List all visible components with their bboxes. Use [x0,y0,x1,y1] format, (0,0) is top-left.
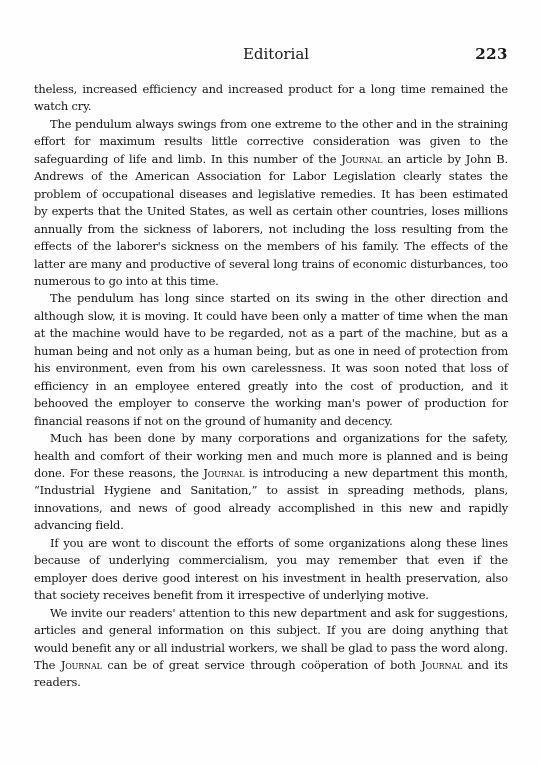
journal-smallcaps: Journal [61,658,102,672]
journal-smallcaps: Journal [203,466,244,480]
body-text: theless, increased efficiency and increa… [34,81,508,692]
paragraph-6: We invite our readers' attention to this… [34,605,508,692]
paragraph-5: If you are wont to discount the efforts … [34,535,508,605]
paragraph-3: The pendulum has long since started on i… [34,290,508,430]
running-head: Editorial 223 [34,45,508,67]
journal-smallcaps: Journal [421,658,462,672]
paragraph-4: Much has been done by many corporations … [34,430,508,535]
page-number: 223 [475,45,508,63]
journal-smallcaps: Journal [341,152,382,166]
paragraph-1: theless, increased efficiency and increa… [34,81,508,116]
document-page: Editorial 223 theless, increased efficie… [0,0,540,766]
paragraph-2: The pendulum always swings from one extr… [34,116,508,291]
section-title: Editorial [34,45,508,63]
